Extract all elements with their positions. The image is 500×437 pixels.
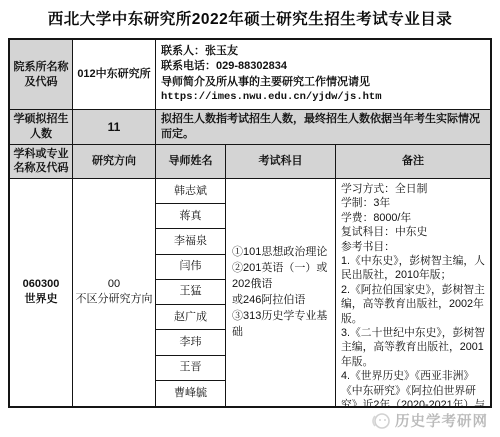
remark-study-mode: 学习方式：全日制 <box>341 182 427 196</box>
document-page: 西北大学中东研究所2022年硕士研究生招生考试专业目录 院系所名称及代码 012… <box>0 0 500 437</box>
exam-subject-language: ②201英语（一）或202俄语 <box>232 260 330 292</box>
major-name: 世界史 <box>25 292 58 307</box>
remark-book-1: 1.《中东史》，彭树智主编，人民出版社，2010年版； <box>341 254 486 283</box>
contact-info-cell: 联系人：张玉友 联系电话：029-88302834 导师简介及所从事的主要研究工… <box>156 40 490 110</box>
contact-person: 联系人：张玉友 <box>161 44 238 60</box>
tutor-row: 李玮 <box>156 330 226 355</box>
header-exam-subjects: 考试科目 <box>226 145 336 179</box>
remark-book-4: 4.《世界历史》《西亚非洲》《中东研究》《阿拉伯世界研究》近2年（2020-20… <box>341 369 486 406</box>
remark-bibliography-label: 参考书目： <box>341 240 395 254</box>
direction-cell: 00 不区分研究方向 <box>73 179 156 406</box>
exam-subject-language-alt: 或246阿拉伯语 <box>232 292 305 308</box>
planned-enrollment-label: 学硕拟招生人数 <box>10 110 73 145</box>
remark-book-2: 2.《阿拉伯国家史》，彭树智主编，高等教育出版社，2002年版。 <box>341 283 486 326</box>
watermark-text: 历史学考研网 <box>395 410 488 431</box>
tutor-row: 韩志斌 <box>156 179 226 204</box>
page-title: 西北大学中东研究所2022年硕士研究生招生考试专业目录 <box>0 7 500 29</box>
enrollment-note: 拟招生人数指考试招生人数，最终招生人数依据当年考生实际情况而定。 <box>156 110 490 145</box>
remark-tuition: 学费：8000/年 <box>341 211 411 225</box>
planned-enrollment-value: 11 <box>73 110 156 145</box>
tutor-row: 李福泉 <box>156 229 226 254</box>
tutor-row: 王晋 <box>156 356 226 381</box>
header-remarks: 备注 <box>336 145 490 179</box>
remark-duration: 学制：3年 <box>341 196 390 210</box>
major-code: 060300 <box>23 277 60 292</box>
exam-subject-history: ③313历史学专业基础 <box>232 308 330 340</box>
exam-subjects-cell: ①101思想政治理论 ②201英语（一）或202俄语 或246阿拉伯语 ③313… <box>226 179 336 406</box>
exam-subject-politics: ①101思想政治理论 <box>232 244 327 260</box>
admissions-table: 院系所名称及代码 012中东研究所 联系人：张玉友 联系电话：029-88302… <box>8 38 492 408</box>
tutor-row: 闫伟 <box>156 255 226 280</box>
dept-code-value: 012中东研究所 <box>73 40 156 110</box>
remarks-cell: 学习方式：全日制 学制：3年 学费：8000/年 复试科目：中东史 参考书目： … <box>336 179 490 406</box>
remark-reexam-subject: 复试科目：中东史 <box>341 225 427 239</box>
header-major-name-code: 学科或专业名称及代码 <box>10 145 73 179</box>
tutor-row: 蒋真 <box>156 204 226 229</box>
header-research-direction: 研究方向 <box>73 145 156 179</box>
major-cell: 060300 世界史 <box>10 179 73 406</box>
watermark-logo-icon <box>369 412 391 430</box>
tutor-row: 曹峰毓 <box>156 381 226 406</box>
watermark: 历史学考研网 <box>369 410 488 431</box>
tutor-intro-note: 导师简介及所从事的主要研究工作情况请见 <box>161 75 370 91</box>
dept-name-code-label: 院系所名称及代码 <box>10 40 73 110</box>
remark-book-3: 3.《二十世纪中东史》，彭树智主编，高等教育出版社，2001年版。 <box>341 326 486 369</box>
tutor-row: 王猛 <box>156 280 226 305</box>
direction-name: 不区分研究方向 <box>76 292 153 307</box>
header-tutor-name: 导师姓名 <box>156 145 226 179</box>
tutor-info-url[interactable]: https://imes.nwu.edu.cn/yjdw/js.htm <box>161 90 382 106</box>
contact-phone: 联系电话：029-88302834 <box>161 59 287 75</box>
direction-code: 00 <box>108 277 120 292</box>
tutor-row: 赵广成 <box>156 305 226 330</box>
